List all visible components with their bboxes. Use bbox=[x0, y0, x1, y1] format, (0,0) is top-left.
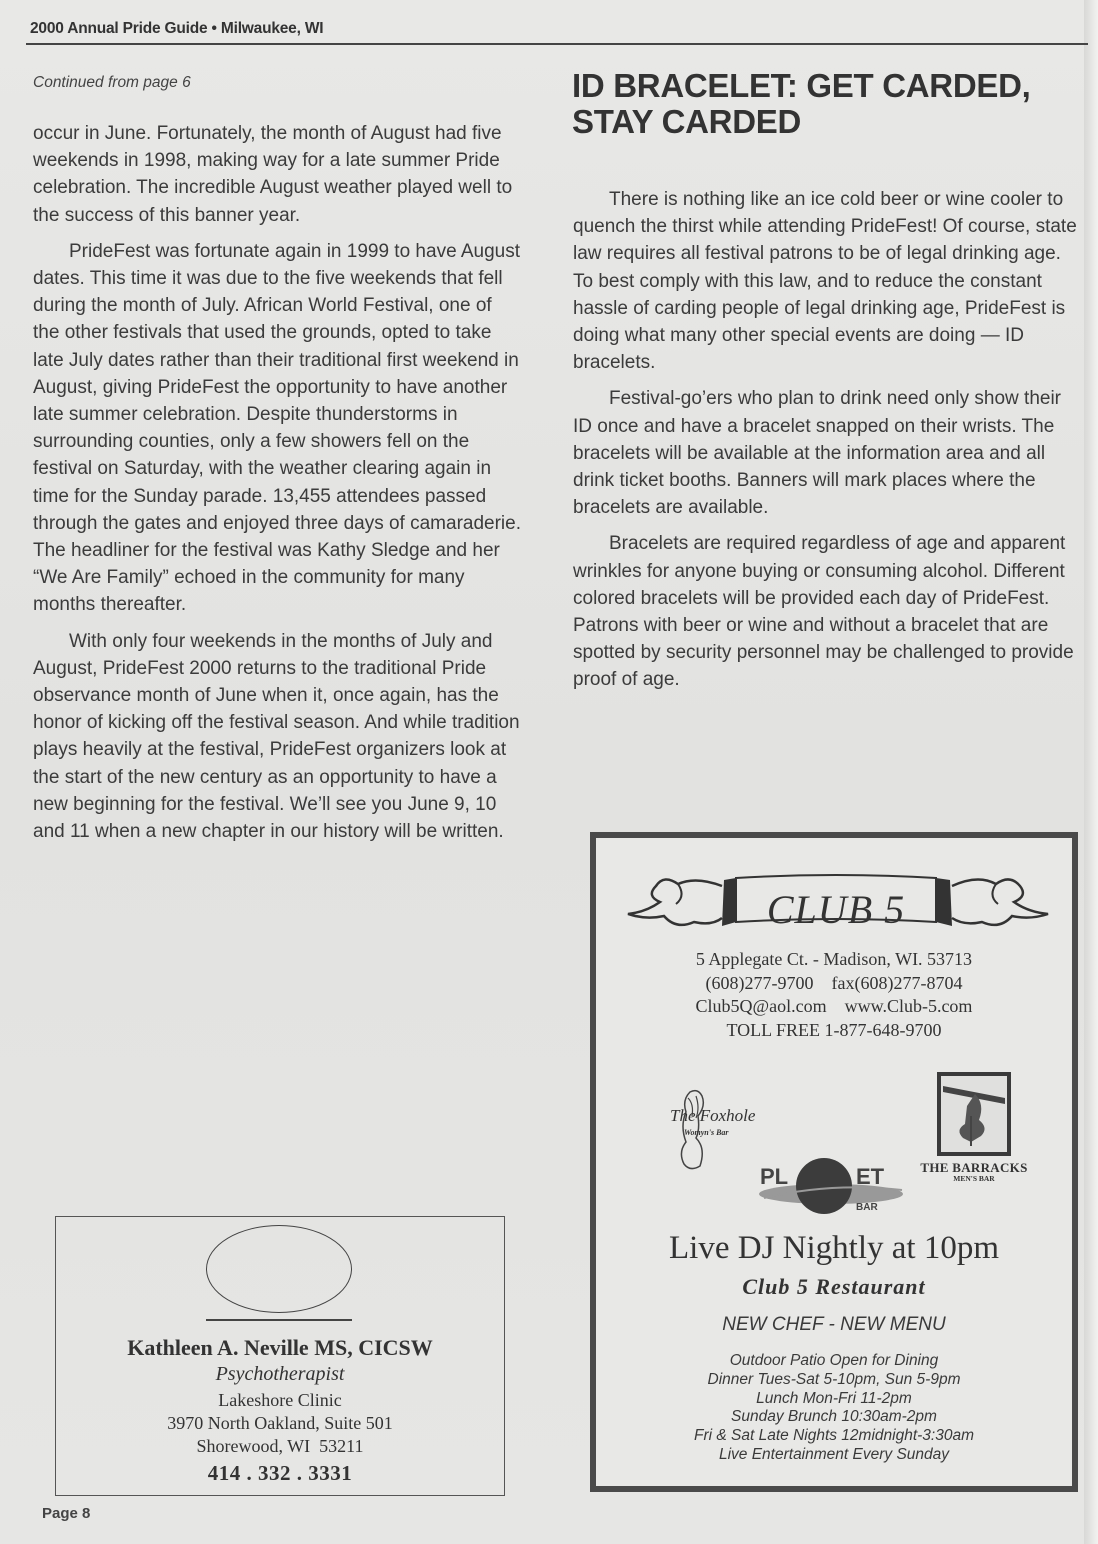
article-paragraph: PrideFest was fortunate again in 1999 to… bbox=[33, 238, 523, 619]
article-paragraph: occur in June. Fortunately, the month of… bbox=[33, 120, 523, 229]
left-article-column: occur in June. Fortunately, the month of… bbox=[33, 120, 523, 854]
hours-line: Live Entertainment Every Sunday bbox=[596, 1446, 1072, 1465]
article-paragraph: There is nothing like an ice cold beer o… bbox=[573, 186, 1078, 376]
live-dj-headline: Live DJ Nightly at 10pm bbox=[596, 1230, 1072, 1267]
article-paragraph: With only four weekends in the months of… bbox=[33, 628, 523, 846]
right-article-column: There is nothing like an ice cold beer o… bbox=[573, 186, 1078, 703]
club-email-web: Club5Q@aol.com www.Club-5.com bbox=[596, 995, 1072, 1019]
therapist-phone: 414 . 332 . 3331 bbox=[56, 1461, 504, 1486]
new-chef-line: NEW CHEF - NEW MENU bbox=[596, 1314, 1072, 1336]
restaurant-hours: Outdoor Patio Open for Dining Dinner Tue… bbox=[596, 1352, 1072, 1465]
foxhole-subtitle: Womyn's Bar bbox=[684, 1128, 729, 1137]
hours-line: Sunday Brunch 10:30am-2pm bbox=[596, 1408, 1072, 1427]
club-phone-fax: (608)277-9700 fax(608)277-8704 bbox=[596, 972, 1072, 996]
hours-line: Fri & Sat Late Nights 12midnight-3:30am bbox=[596, 1427, 1072, 1446]
psychotherapist-advertisement: Kathleen A. Neville MS, CICSW Psychother… bbox=[55, 1216, 505, 1496]
hours-line: Lunch Mon-Fri 11-2pm bbox=[596, 1390, 1072, 1409]
barracks-subtitle: MEN'S BAR bbox=[911, 1174, 1037, 1183]
club-toll-free: TOLL FREE 1-877-648-9700 bbox=[596, 1019, 1072, 1043]
article-paragraph: Bracelets are required regardless of age… bbox=[573, 530, 1078, 693]
article-paragraph: Festival-go’ers who plan to drink need o… bbox=[573, 385, 1078, 521]
therapist-address: Lakeshore Clinic 3970 North Oakland, Sui… bbox=[56, 1389, 504, 1458]
hours-line: Dinner Tues-Sat 5-10pm, Sun 5-9pm bbox=[596, 1371, 1072, 1390]
barracks-logo: THE BARRACKS MEN'S BAR bbox=[911, 1066, 1051, 1186]
running-head: 2000 Annual Pride Guide • Milwaukee, WI bbox=[30, 20, 323, 38]
hours-line: Outdoor Patio Open for Dining bbox=[596, 1352, 1072, 1371]
soldier-illustration-icon bbox=[937, 1072, 1011, 1156]
ribbon-banner-icon: CLUB 5 bbox=[616, 856, 1056, 936]
logo-rule bbox=[206, 1319, 352, 1321]
clinic-street: 3970 North Oakland, Suite 501 bbox=[56, 1412, 504, 1435]
foxhole-name: The Foxhole bbox=[670, 1106, 755, 1126]
continued-note: Continued from page 6 bbox=[33, 74, 191, 92]
club-address: 5 Applegate Ct. - Madison, WI. 53713 bbox=[596, 948, 1072, 972]
foxhole-logo: The Foxhole Womyn's Bar bbox=[620, 1086, 770, 1176]
club5-advertisement: CLUB 5 5 Applegate Ct. - Madison, WI. 53… bbox=[590, 832, 1078, 1492]
page-edge-shadow bbox=[1084, 0, 1098, 1544]
header-rule bbox=[26, 43, 1088, 45]
svg-text:ET: ET bbox=[856, 1164, 885, 1189]
club-name: CLUB 5 bbox=[616, 886, 1056, 933]
svg-text:PL: PL bbox=[760, 1164, 788, 1189]
restaurant-name: Club 5 Restaurant bbox=[596, 1274, 1072, 1300]
page-number: Page 8 bbox=[42, 1505, 90, 1522]
therapist-name: Kathleen A. Neville MS, CICSW bbox=[56, 1335, 504, 1361]
clinic-city: Shorewood, WI 53211 bbox=[56, 1435, 504, 1458]
oval-logo-icon bbox=[206, 1225, 352, 1313]
article-headline: ID BRACELET: GET CARDED, STAY CARDED bbox=[572, 68, 1082, 140]
magazine-page: 2000 Annual Pride Guide • Milwaukee, WI … bbox=[0, 0, 1098, 1544]
club-contact-block: 5 Applegate Ct. - Madison, WI. 53713 (60… bbox=[596, 948, 1072, 1042]
therapist-title: Psychotherapist bbox=[56, 1363, 504, 1386]
clinic-name: Lakeshore Clinic bbox=[56, 1389, 504, 1412]
planet-ringed-icon: PL ET BAR bbox=[756, 1158, 906, 1218]
svg-text:BAR: BAR bbox=[856, 1202, 878, 1213]
planet-logo: PL ET BAR bbox=[756, 1158, 906, 1218]
